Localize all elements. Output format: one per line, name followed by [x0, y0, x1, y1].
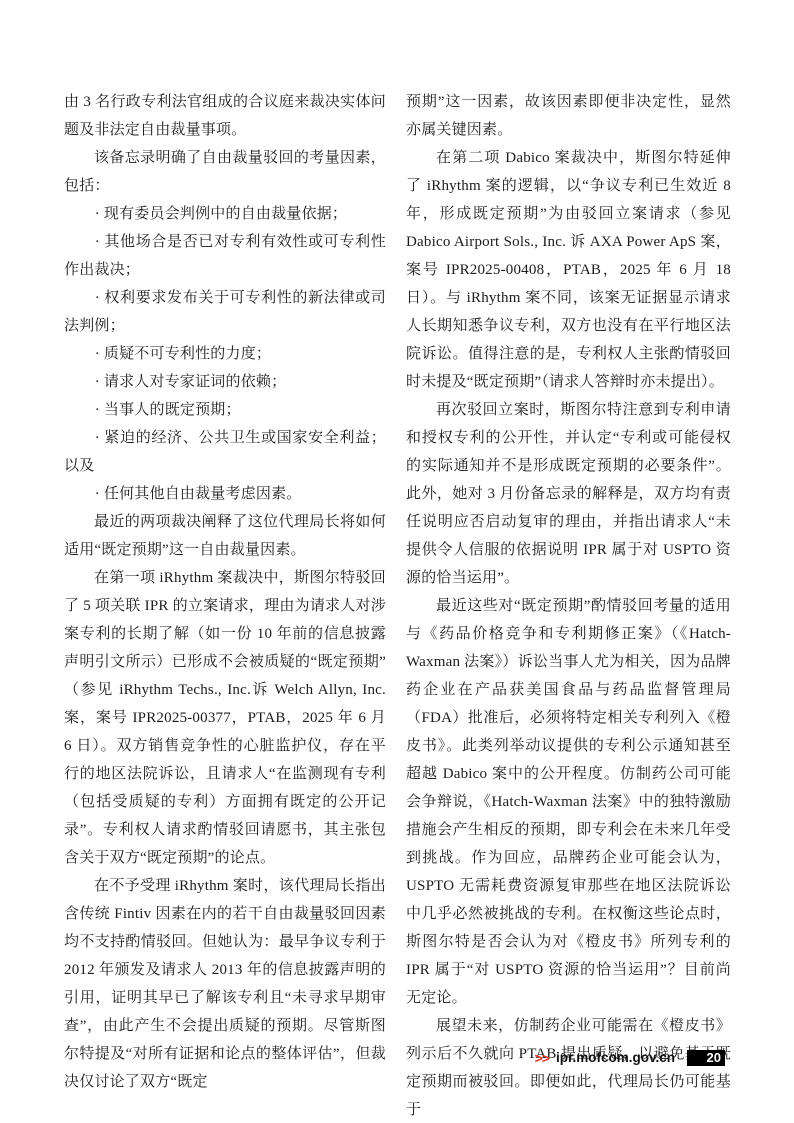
site-url: ipr.mofcom.gov.cn [556, 1050, 675, 1066]
page-number-badge: 20 [687, 1050, 725, 1066]
paragraph: 最近的两项裁决阐释了这位代理局长将如何适用“既定预期”这一自由裁量因素。 [64, 508, 386, 564]
bullet-item: · 其他场合是否已对专利有效性或可专利性作出裁决； [64, 228, 386, 284]
bullet-item: · 任何其他自由裁量考虑因素。 [64, 480, 386, 508]
paragraph: 最近这些对“既定预期”酌情驳回考量的适用与《药品价格竞争和专利期修正案》（《Ha… [406, 592, 731, 1012]
page-footer: >> ipr.mofcom.gov.cn 20 [0, 1048, 725, 1068]
bullet-item: · 请求人对专家证词的依赖； [64, 368, 386, 396]
bullet-item: · 质疑不可专利性的力度； [64, 340, 386, 368]
bullet-item: · 权利要求发布关于可专利性的新法律或司法判例； [64, 284, 386, 340]
paragraph: 预期”这一因素，故该因素即便非决定性，显然亦属关键因素。 [406, 88, 731, 144]
paragraph: 由 3 名行政专利法官组成的合议庭来裁决实体问题及非法定自由裁量事项。 [64, 88, 386, 144]
bullet-item: · 当事人的既定预期； [64, 396, 386, 424]
paragraph: 该备忘录明确了自由裁量驳回的考量因素，包括： [64, 144, 386, 200]
double-chevron-icon: >> [535, 1050, 549, 1066]
right-column: 预期”这一因素，故该因素即便非决定性，显然亦属关键因素。 在第二项 Dabico… [406, 88, 731, 1123]
paragraph: 在第二项 Dabico 案裁决中，斯图尔特延伸了 iRhythm 案的逻辑，以“… [406, 144, 731, 396]
paragraph: 再次驳回立案时，斯图尔特注意到专利申请和授权专利的公开性，并认定“专利或可能侵权… [406, 396, 731, 592]
paragraph: 在第一项 iRhythm 案裁决中，斯图尔特驳回了 5 项关联 IPR 的立案请… [64, 564, 386, 872]
left-column: 由 3 名行政专利法官组成的合议庭来裁决实体问题及非法定自由裁量事项。 该备忘录… [64, 88, 386, 1096]
bullet-item: · 现有委员会判例中的自由裁量依据； [64, 200, 386, 228]
document-page: 由 3 名行政专利法官组成的合议庭来裁决实体问题及非法定自由裁量事项。 该备忘录… [0, 0, 794, 1123]
bullet-item: · 紧迫的经济、公共卫生或国家安全利益；以及 [64, 424, 386, 480]
